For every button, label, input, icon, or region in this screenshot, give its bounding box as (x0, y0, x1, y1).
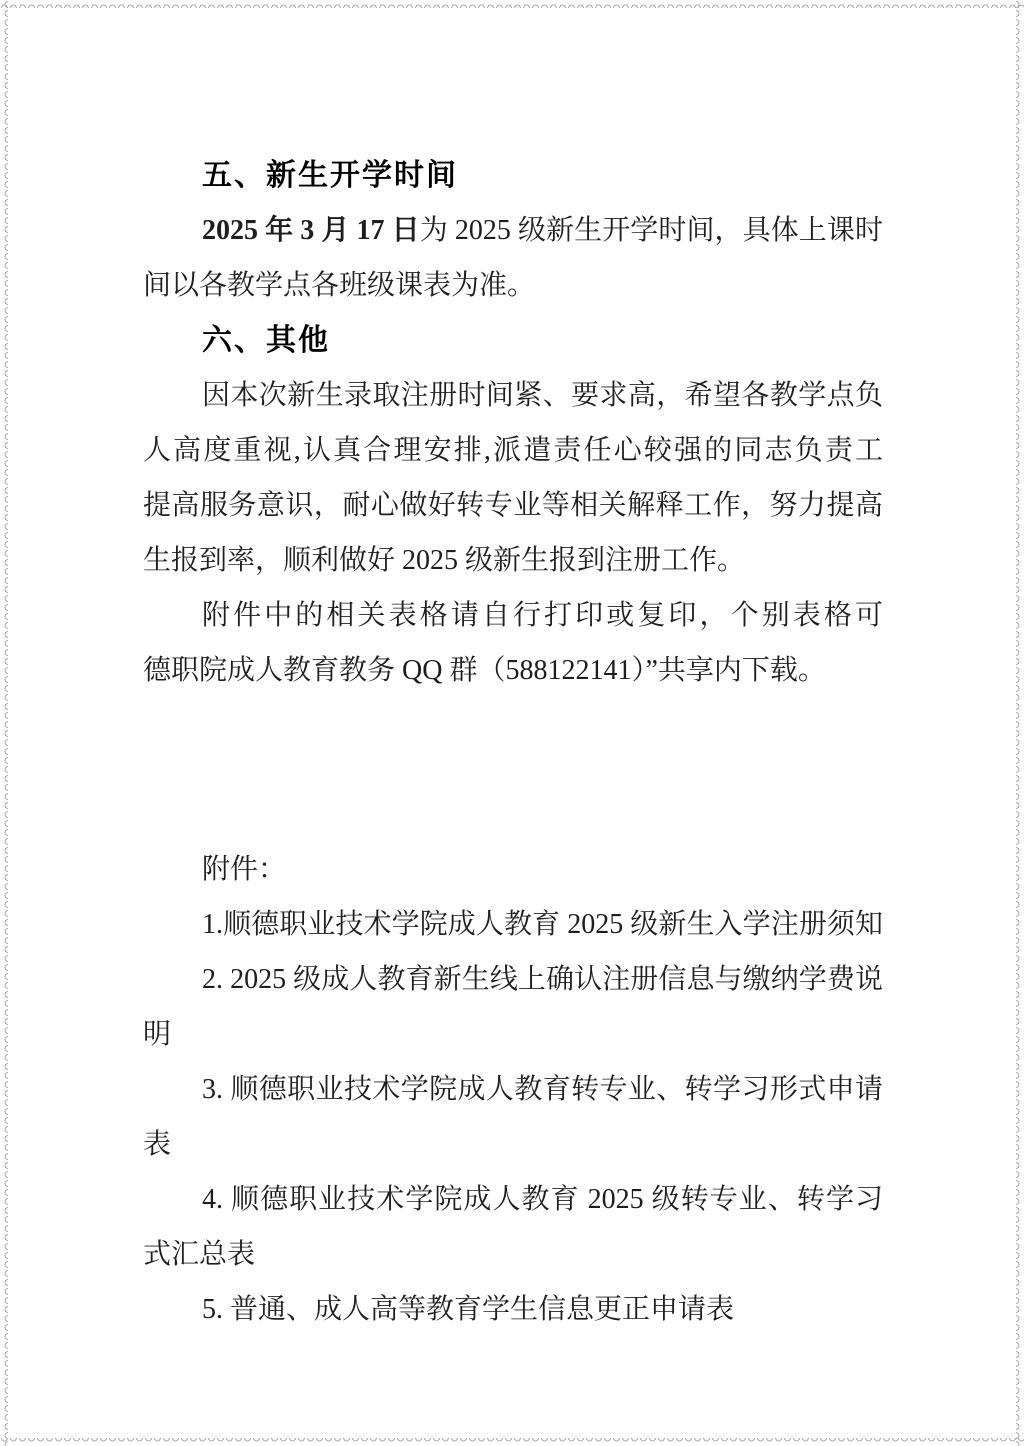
page-edge-right (1016, 0, 1024, 1446)
page-edge-bottom (0, 1438, 1024, 1446)
attachments-label: 附件： (143, 842, 883, 897)
attachment-item-1: 1.顺德职业技术学院成人教育 2025 级新生入学注册须知 (143, 897, 883, 952)
attachment-item-5: 5. 普通、成人高等教育学生信息更正申请表 (143, 1282, 883, 1337)
section-6-paragraph-1-line-3: 提高服务意识，耐心做好转专业等相关解释工作，努力提高新 (143, 478, 883, 533)
section-6-paragraph-1-line-2: 人高度重视,认真合理安排,派遣责任心较强的同志负责工作， (143, 423, 883, 478)
section-5-date-bold: 2025 年 3 月 17 日 (202, 215, 420, 246)
document-page: 五、新生开学时间 2025 年 3 月 17 日为 2025 级新生开学时间，具… (0, 0, 1024, 1446)
section-5-heading: 五、新生开学时间 (143, 148, 883, 203)
attachment-item-2-line-1: 2. 2025 级成人教育新生线上确认注册信息与缴纳学费说 (143, 952, 883, 1007)
document-content: 五、新生开学时间 2025 年 3 月 17 日为 2025 级新生开学时间，具… (143, 148, 883, 1337)
section-5-paragraph-line-2: 间以各教学点各班级课表为准。 (143, 258, 883, 313)
section-6-heading: 六、其他 (143, 313, 883, 368)
section-6-paragraph-1-line-4: 生报到率，顺利做好 2025 级新生报到注册工作。 (143, 533, 883, 588)
page-edge-left (0, 0, 8, 1446)
section-5-paragraph-line-1-rest: 为 2025 级新生开学时间，具体上课时 (420, 215, 883, 246)
section-6-paragraph-2-line-2: 德职院成人教育教务 QQ 群（588122141）”共享内下载。 (143, 643, 883, 698)
vertical-gap (143, 698, 883, 842)
page-edge-top (0, 0, 1024, 8)
attachment-item-3-line-2: 表 (143, 1117, 883, 1172)
attachment-item-4-line-2: 式汇总表 (143, 1227, 883, 1282)
attachment-item-3-line-1: 3. 顺德职业技术学院成人教育转专业、转学习形式申请 (143, 1062, 883, 1117)
section-6-paragraph-2-line-1: 附件中的相关表格请自行打印或复印，个别表格可在“顺 (143, 588, 883, 643)
attachment-item-2-line-2: 明 (143, 1007, 883, 1062)
section-6-paragraph-1-line-1: 因本次新生录取注册时间紧、要求高，希望各教学点负责 (143, 368, 883, 423)
section-5-paragraph-line-1: 2025 年 3 月 17 日为 2025 级新生开学时间，具体上课时 (143, 203, 883, 258)
attachment-item-4-line-1: 4. 顺德职业技术学院成人教育 2025 级转专业、转学习形 (143, 1172, 883, 1227)
